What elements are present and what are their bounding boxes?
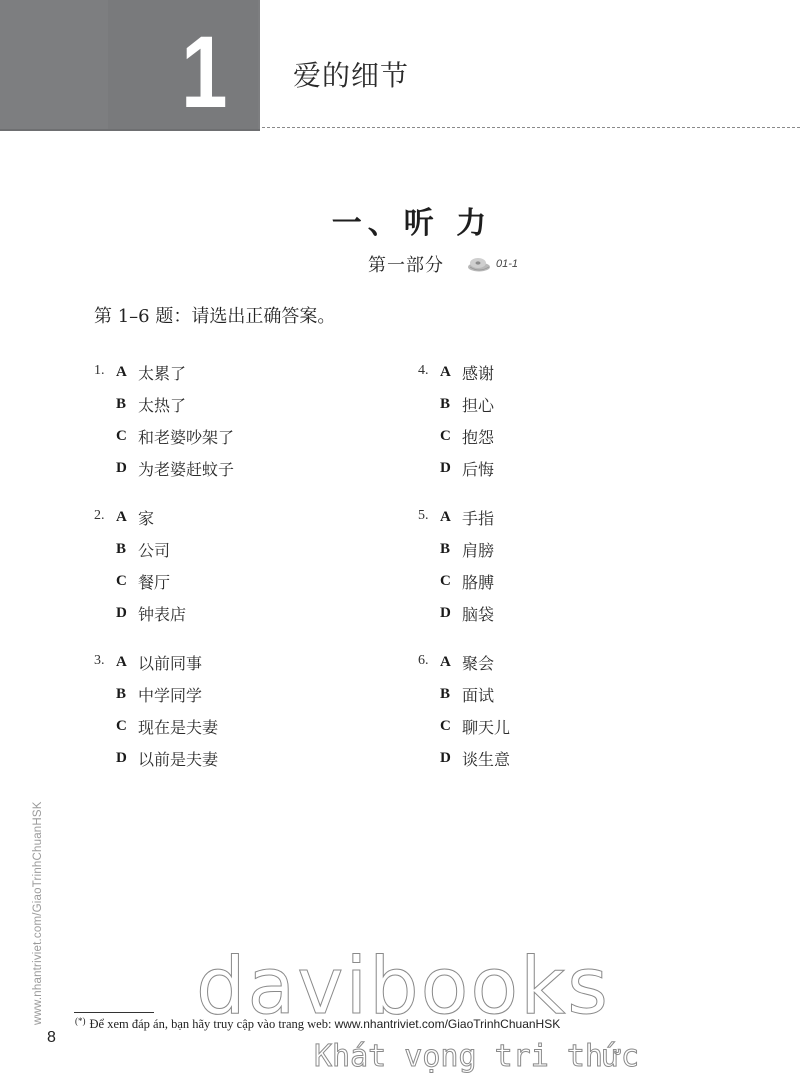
option-letter: B xyxy=(440,686,462,703)
option-text: 以前同事 xyxy=(138,651,202,674)
audio-track-label: 01-1 xyxy=(496,258,518,270)
option-text: 肩膀 xyxy=(462,538,494,561)
option-text: 餐厅 xyxy=(138,570,170,593)
option-d[interactable]: D为老婆赶蚊子 xyxy=(116,456,234,480)
option-text: 面试 xyxy=(462,683,494,706)
option-c[interactable]: C和老婆吵架了 xyxy=(116,424,234,448)
footnote-text: Để xem đáp án, bạn hãy truy cập vào tran… xyxy=(90,1017,335,1031)
cd-audio-icon[interactable] xyxy=(466,255,492,273)
option-b[interactable]: B面试 xyxy=(440,682,494,706)
option-c[interactable]: C现在是夫妻 xyxy=(116,714,218,738)
option-b[interactable]: B太热了 xyxy=(116,392,186,416)
option-c[interactable]: C餐厅 xyxy=(116,569,170,593)
option-text: 中学同学 xyxy=(138,683,202,706)
question-number: 5. xyxy=(418,508,440,524)
option-text: 公司 xyxy=(138,538,170,561)
watermark-brand: davibooks xyxy=(196,948,610,1026)
option-letter: C xyxy=(116,718,138,735)
option-c[interactable]: C胳膊 xyxy=(440,569,494,593)
option-b[interactable]: B中学同学 xyxy=(116,682,202,706)
footnote-url-link[interactable]: www.nhantriviet.com/GiaoTrinhChuanHSK xyxy=(335,1017,561,1031)
option-c[interactable]: C抱怨 xyxy=(440,424,494,448)
option-letter: A xyxy=(116,654,138,671)
option-text: 以前是夫妻 xyxy=(138,747,218,770)
option-text: 胳膊 xyxy=(462,570,494,593)
option-text: 抱怨 xyxy=(462,425,494,448)
option-a[interactable]: A手指 xyxy=(440,505,494,529)
option-d[interactable]: D以前是夫妻 xyxy=(116,746,218,770)
option-d[interactable]: D谈生意 xyxy=(440,746,510,770)
option-a[interactable]: A感谢 xyxy=(440,360,494,384)
option-text: 聊天儿 xyxy=(462,715,510,738)
chapter-header-block: 1 xyxy=(0,0,260,131)
option-text: 钟表店 xyxy=(138,602,186,625)
option-letter: D xyxy=(116,750,138,767)
question-number: 6. xyxy=(418,653,440,669)
question-number: 4. xyxy=(418,363,440,379)
page-number: 8 xyxy=(47,1029,56,1047)
side-url-link[interactable]: www.nhantriviet.com/GiaoTrinhChuanHSK xyxy=(32,801,44,1025)
option-letter: A xyxy=(116,509,138,526)
option-text: 后悔 xyxy=(462,457,494,480)
footnote-divider xyxy=(74,1012,154,1013)
option-text: 感谢 xyxy=(462,361,494,384)
option-a[interactable]: A以前同事 xyxy=(116,650,202,674)
part-heading: 第一部分 01-1 xyxy=(368,251,518,277)
option-letter: D xyxy=(440,750,462,767)
question-number: 1. xyxy=(94,363,116,379)
option-letter: D xyxy=(116,460,138,477)
option-a[interactable]: A太累了 xyxy=(116,360,186,384)
option-b[interactable]: B肩膀 xyxy=(440,537,494,561)
option-letter: C xyxy=(440,573,462,590)
option-b[interactable]: B公司 xyxy=(116,537,170,561)
chapter-title: 爱的细节 xyxy=(293,54,409,94)
option-text: 手指 xyxy=(462,506,494,529)
section-title: 一、听 力 xyxy=(0,198,800,242)
option-text: 和老婆吵架了 xyxy=(138,425,234,448)
option-d[interactable]: D后悔 xyxy=(440,456,494,480)
option-letter: C xyxy=(116,573,138,590)
option-text: 家 xyxy=(138,506,154,529)
option-letter: D xyxy=(116,605,138,622)
header-dashed-divider xyxy=(262,127,800,128)
option-text: 为老婆赶蚊子 xyxy=(138,457,234,480)
option-text: 脑袋 xyxy=(462,602,494,625)
option-letter: B xyxy=(116,396,138,413)
option-letter: B xyxy=(116,686,138,703)
footnote-marker: (*) xyxy=(75,1016,86,1026)
option-c[interactable]: C聊天儿 xyxy=(440,714,510,738)
option-letter: C xyxy=(440,428,462,445)
option-letter: C xyxy=(116,428,138,445)
chapter-number: 1 xyxy=(181,22,238,122)
question-number: 3. xyxy=(94,653,116,669)
option-letter: B xyxy=(440,541,462,558)
option-letter: B xyxy=(116,541,138,558)
option-a[interactable]: A聚会 xyxy=(440,650,494,674)
option-letter: A xyxy=(440,509,462,526)
option-text: 聚会 xyxy=(462,651,494,674)
option-letter: D xyxy=(440,605,462,622)
option-text: 太累了 xyxy=(138,361,186,384)
option-letter: B xyxy=(440,396,462,413)
option-text: 担心 xyxy=(462,393,494,416)
footnote: (*)Để xem đáp án, bạn hãy truy cập vào t… xyxy=(75,1016,560,1032)
question-number: 2. xyxy=(94,508,116,524)
part-title: 第一部分 xyxy=(368,251,444,277)
option-text: 太热了 xyxy=(138,393,186,416)
instruction-text: 第 1–6 题：请选出正确答案。 xyxy=(94,302,335,328)
option-text: 谈生意 xyxy=(462,747,510,770)
option-letter: D xyxy=(440,460,462,477)
option-a[interactable]: A家 xyxy=(116,505,154,529)
option-letter: A xyxy=(440,364,462,381)
option-b[interactable]: B担心 xyxy=(440,392,494,416)
option-text: 现在是夫妻 xyxy=(138,715,218,738)
option-d[interactable]: D脑袋 xyxy=(440,601,494,625)
option-d[interactable]: D钟表店 xyxy=(116,601,186,625)
option-letter: C xyxy=(440,718,462,735)
option-letter: A xyxy=(116,364,138,381)
watermark-tagline: Khát vọng tri thức xyxy=(314,1042,639,1072)
option-letter: A xyxy=(440,654,462,671)
